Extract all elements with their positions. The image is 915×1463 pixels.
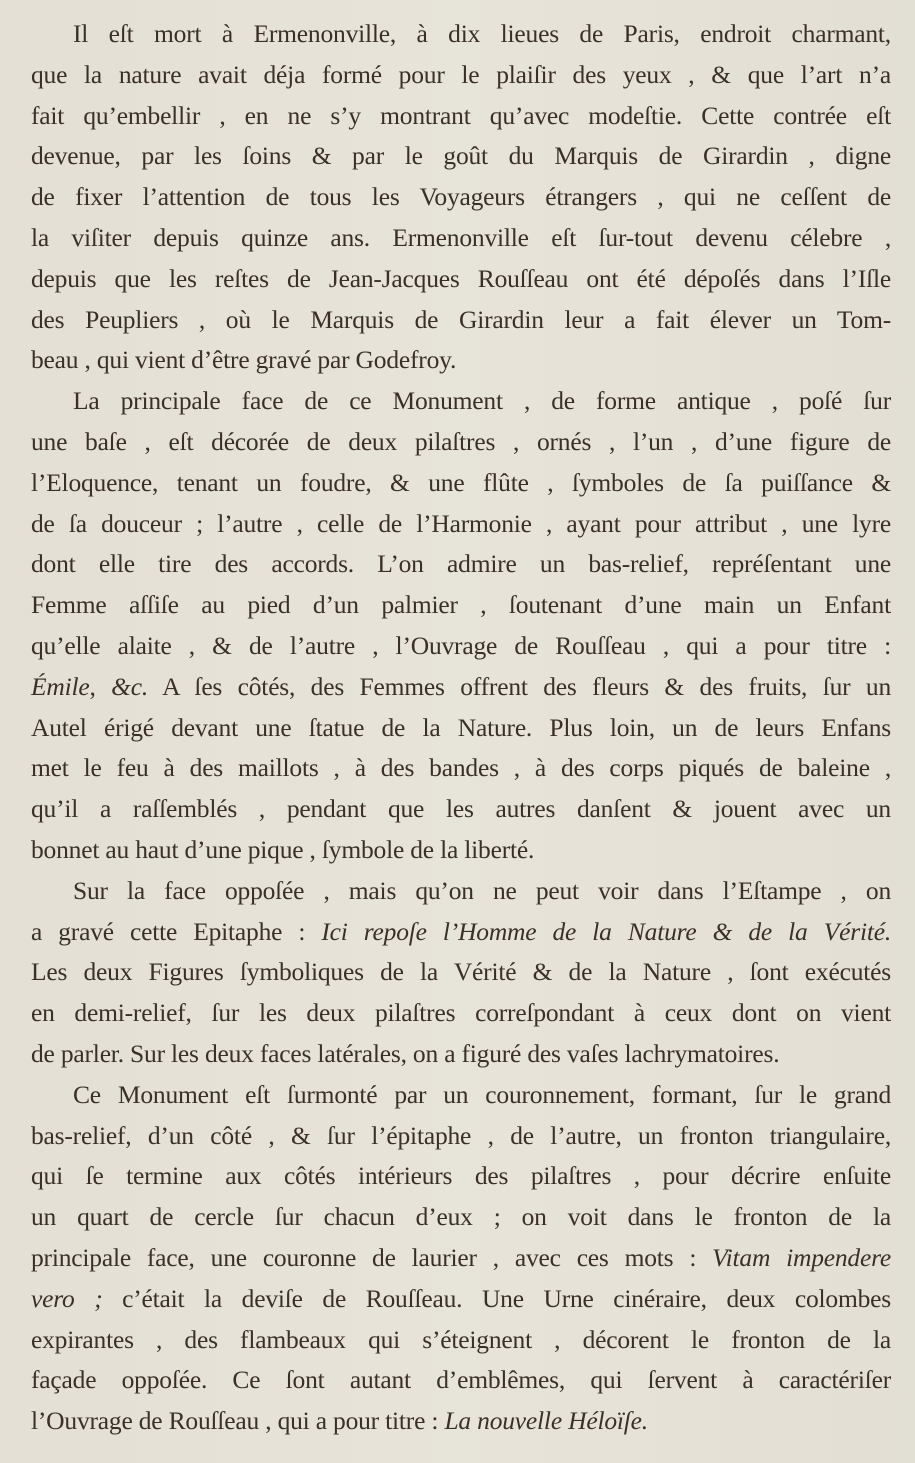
- text-span: Il eſt mort à Ermenonville, à dix lieues…: [73, 19, 891, 48]
- text-span: en demi-relief, ſur les deux pilaſtres c…: [31, 998, 891, 1027]
- text-span: Les deux Figures ſymboliques de la Vérit…: [31, 957, 891, 986]
- document-page: Il eſt mort à Ermenonville, à dix lieues…: [0, 0, 915, 1463]
- text-line: la viſiter depuis quinze ans. Ermenonvil…: [31, 218, 891, 259]
- text-line: Ce Monument eſt ſurmonté par un couronne…: [73, 1075, 891, 1116]
- text-line: que la nature avait déja formé pour le p…: [31, 55, 891, 96]
- text-span: l’Ouvrage de Rouſſeau , qui a pour titre…: [31, 1406, 444, 1435]
- text-span: que la nature avait déja formé pour le p…: [31, 60, 891, 89]
- text-line: des Peupliers , où le Marquis de Girardi…: [31, 300, 891, 341]
- text-span: des Peupliers , où le Marquis de Girardi…: [31, 305, 891, 334]
- text-line: de fixer l’attention de tous les Voyageu…: [31, 177, 891, 218]
- text-line: expirantes , des flambeaux qui s’éteigne…: [31, 1320, 891, 1361]
- text-span: qu’elle alaite , & de l’autre , l’Ouvrag…: [31, 631, 891, 660]
- text-line: Sur la face oppoſée , mais qu’on ne peut…: [73, 871, 891, 912]
- text-span: depuis que les reſtes de Jean-Jacques Ro…: [31, 264, 891, 293]
- text-span: de ſa douceur ; l’autre , celle de l’Har…: [31, 509, 891, 538]
- text-line: bonnet au haut d’une pique , ſymbole de …: [31, 830, 891, 871]
- text-line: Femme aſſiſe au pied d’un palmier , ſout…: [31, 585, 891, 626]
- text-line: qui ſe termine aux côtés intérieurs des …: [31, 1156, 891, 1197]
- text-span: La principale face de ce Monument , de f…: [73, 386, 891, 415]
- text-span: façade oppoſée. Ce ſont autant d’emblême…: [31, 1365, 891, 1394]
- text-span: beau , qui vient d’être gravé par Godefr…: [31, 345, 456, 374]
- text-line: met le feu à des maillots , à des bandes…: [31, 748, 891, 789]
- text-span: un quart de cercle ſur chacun d’eux ; on…: [31, 1202, 891, 1231]
- text-span: met le feu à des maillots , à des bandes…: [31, 753, 891, 782]
- text-line: beau , qui vient d’être gravé par Godefr…: [31, 340, 891, 381]
- text-span: une baſe , eſt décorée de deux pilaſtres…: [31, 427, 891, 456]
- text-span: principale face, une couronne de laurier…: [31, 1243, 712, 1272]
- italic-text: vero ;: [31, 1284, 102, 1313]
- text-line: une baſe , eſt décorée de deux pilaſtres…: [31, 422, 891, 463]
- italic-text: La nouvelle Héloïſe.: [444, 1406, 648, 1435]
- text-span: la viſiter depuis quinze ans. Ermenonvil…: [31, 223, 891, 252]
- text-line: devenue, par les ſoins & par le goût du …: [31, 136, 891, 177]
- text-span: Sur la face oppoſée , mais qu’on ne peut…: [73, 876, 891, 905]
- text-line: l’Eloquence, tenant un foudre, & une flû…: [31, 463, 891, 504]
- text-span: Ce Monument eſt ſurmonté par un couronne…: [73, 1080, 891, 1109]
- text-span: expirantes , des flambeaux qui s’éteigne…: [31, 1325, 891, 1354]
- italic-text: Ici repoſe l’Homme de la Nature & de la …: [321, 917, 891, 946]
- text-span: de fixer l’attention de tous les Voyageu…: [31, 182, 891, 211]
- text-line: Autel érigé devant une ſtatue de la Natu…: [31, 708, 891, 749]
- italic-text: Émile: [31, 672, 89, 701]
- text-span: c’était la deviſe de Rouſſeau. Une Urne …: [102, 1284, 891, 1313]
- text-span: bonnet au haut d’une pique , ſymbole de …: [31, 835, 534, 864]
- text-span: qu’il a raſſemblés , pendant que les aut…: [31, 794, 891, 823]
- text-span: ,: [89, 672, 111, 701]
- text-line: en demi-relief, ſur les deux pilaſtres c…: [31, 993, 891, 1034]
- text-span: Femme aſſiſe au pied d’un palmier , ſout…: [31, 590, 891, 619]
- text-line: dont elle tire des accords. L’on admire …: [31, 544, 891, 585]
- text-line: principale face, une couronne de laurier…: [31, 1238, 891, 1279]
- text-span: fait qu’embellir , en ne s’y montrant qu…: [31, 101, 891, 130]
- text-span: l’Eloquence, tenant un foudre, & une flû…: [31, 468, 891, 497]
- text-span: de parler. Sur les deux faces latérales,…: [31, 1039, 779, 1068]
- text-line: Les deux Figures ſymboliques de la Vérit…: [31, 952, 891, 993]
- text-span: bas-relief, d’un côté , & ſur l’épitaphe…: [31, 1121, 891, 1150]
- text-line: façade oppoſée. Ce ſont autant d’emblême…: [31, 1360, 891, 1401]
- text-line: a gravé cette Epitaphe : Ici repoſe l’Ho…: [31, 912, 891, 953]
- text-line: bas-relief, d’un côté , & ſur l’épitaphe…: [31, 1116, 891, 1157]
- text-line: vero ; c’était la deviſe de Rouſſeau. Un…: [31, 1279, 891, 1320]
- italic-text: &c.: [111, 672, 148, 701]
- italic-text: Vitam impendere: [712, 1243, 891, 1272]
- text-line: un quart de cercle ſur chacun d’eux ; on…: [31, 1197, 891, 1238]
- text-line: La principale face de ce Monument , de f…: [73, 381, 891, 422]
- text-line: de parler. Sur les deux faces latérales,…: [31, 1034, 891, 1075]
- text-line: depuis que les reſtes de Jean-Jacques Ro…: [31, 259, 891, 300]
- text-span: qui ſe termine aux côtés intérieurs des …: [31, 1161, 891, 1190]
- text-line: fait qu’embellir , en ne s’y montrant qu…: [31, 96, 891, 137]
- text-line: Émile, &c. A ſes côtés, des Femmes offre…: [31, 667, 891, 708]
- text-line: l’Ouvrage de Rouſſeau , qui a pour titre…: [31, 1401, 891, 1442]
- text-line: qu’il a raſſemblés , pendant que les aut…: [31, 789, 891, 830]
- text-span: a gravé cette Epitaphe :: [31, 917, 321, 946]
- text-line: de ſa douceur ; l’autre , celle de l’Har…: [31, 504, 891, 545]
- text-span: A ſes côtés, des Femmes offrent des fleu…: [148, 672, 891, 701]
- text-line: Il eſt mort à Ermenonville, à dix lieues…: [73, 14, 891, 55]
- text-line: qu’elle alaite , & de l’autre , l’Ouvrag…: [31, 626, 891, 667]
- text-span: devenue, par les ſoins & par le goût du …: [31, 141, 891, 170]
- text-span: Autel érigé devant une ſtatue de la Natu…: [31, 713, 891, 742]
- text-span: dont elle tire des accords. L’on admire …: [31, 549, 891, 578]
